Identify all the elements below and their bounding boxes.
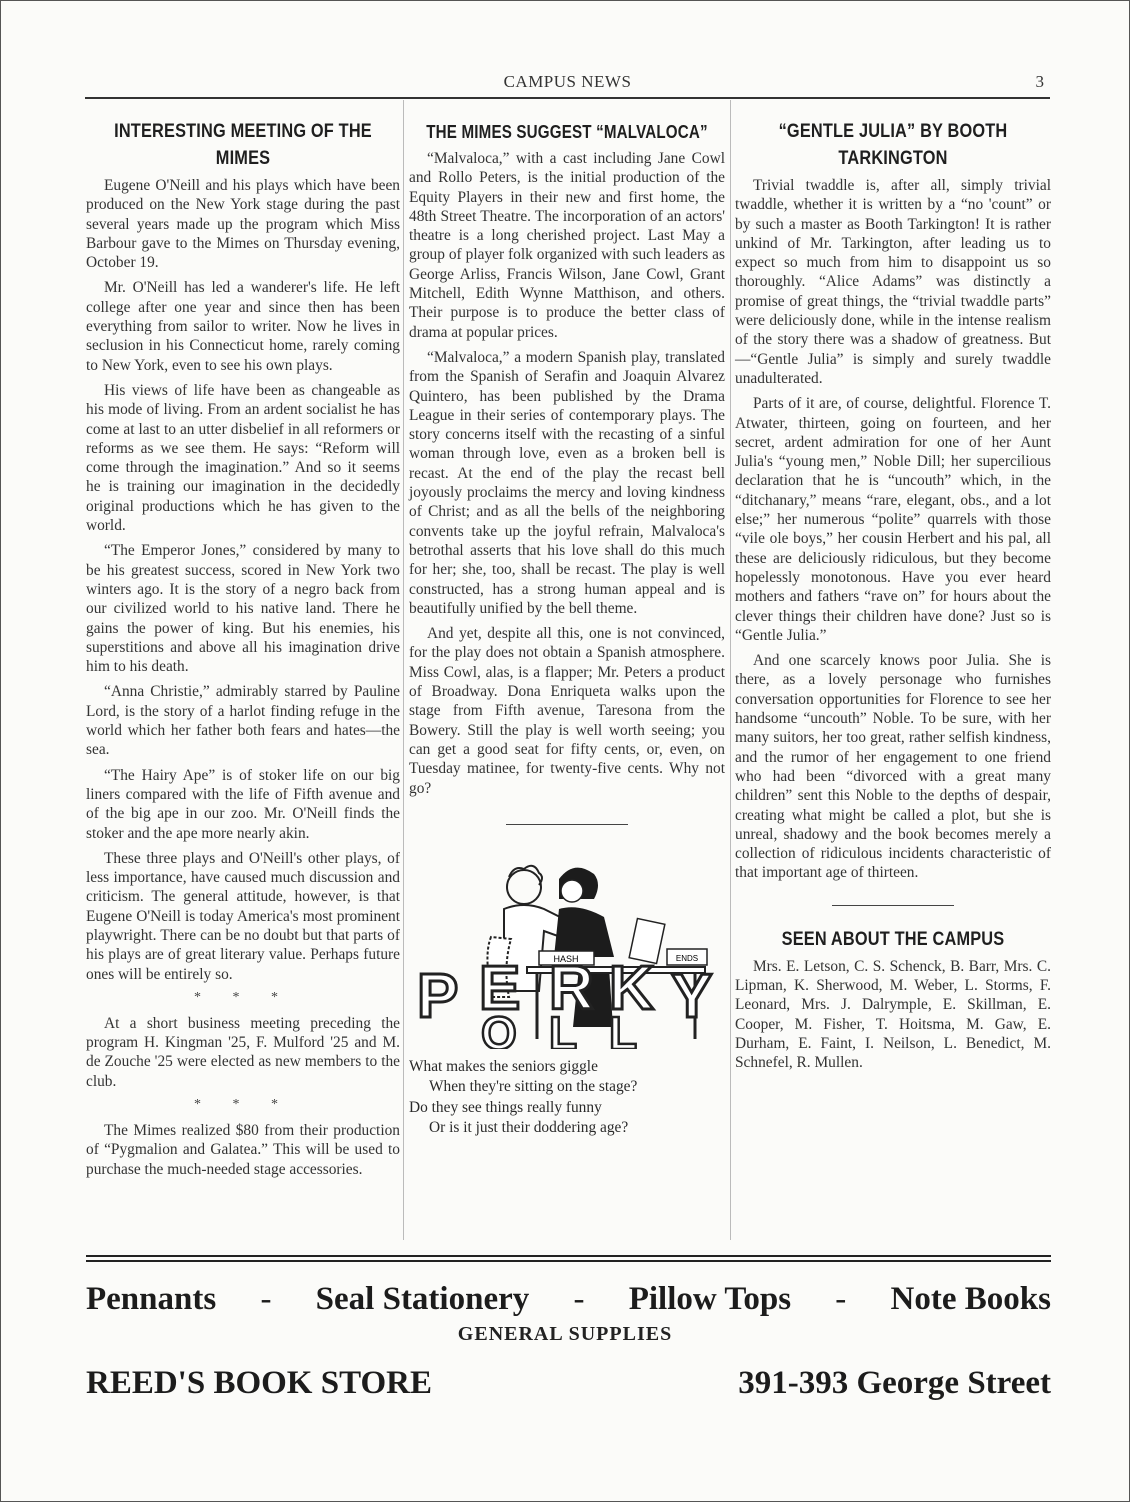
poem-line: Do they see things really funny bbox=[409, 1098, 725, 1119]
ad-item: Note Books bbox=[891, 1281, 1051, 1318]
svg-text:Y: Y bbox=[671, 962, 712, 1031]
ad-subtitle: GENERAL SUPPLIES bbox=[0, 1323, 1130, 1346]
paragraph: “Anna Christie,” admirably starred by Pa… bbox=[86, 682, 400, 759]
headline: INTERESTING MEETING OF THE MIMES bbox=[108, 118, 378, 172]
article-gentle-julia: “GENTLE JULIA” BY BOOTH TARKINGTON Trivi… bbox=[735, 112, 1051, 1078]
footer-rule bbox=[86, 1260, 1051, 1262]
paragraph: “Malvaloca,” with a cast including Jane … bbox=[409, 149, 725, 342]
header-rule bbox=[85, 97, 1050, 99]
store-name: REED'S BOOK STORE bbox=[86, 1365, 432, 1402]
paragraph: And yet, despite all this, one is not co… bbox=[409, 624, 725, 798]
page-number: 3 bbox=[1036, 72, 1045, 92]
funds-note: The Mimes realized $80 from their produc… bbox=[86, 1121, 400, 1179]
running-head: CAMPUS NEWS 3 bbox=[85, 72, 1050, 96]
paragraph: “Malvaloca,” a modern Spanish play, tran… bbox=[409, 348, 725, 618]
paragraph: “The Hairy Ape” is of stoker life on our… bbox=[86, 766, 400, 843]
section-separator: * * * bbox=[86, 990, 400, 1006]
poem-line: When they're sitting on the stage? bbox=[409, 1077, 725, 1098]
column-divider bbox=[403, 100, 404, 1240]
paragraph: Eugene O'Neill and his plays which have … bbox=[86, 176, 400, 272]
paragraph: “The Emperor Jones,” considered by many … bbox=[86, 541, 400, 676]
ad-separator: - bbox=[573, 1281, 584, 1318]
svg-text:L: L bbox=[549, 1007, 577, 1049]
paragraph: His views of life have been as changeabl… bbox=[86, 381, 400, 535]
headline: “GENTLE JULIA” BY BOOTH TARKINGTON bbox=[757, 118, 1029, 172]
perky-polly-illustration: HASH ENDS P E R K Y O L L bbox=[409, 849, 725, 1049]
paragraph: Trivial twaddle is, after all, simply tr… bbox=[735, 176, 1051, 388]
paragraph: Parts of it are, of course, delightful. … bbox=[735, 394, 1051, 645]
ad-separator: - bbox=[260, 1281, 271, 1318]
ad-item: Pennants bbox=[86, 1281, 216, 1318]
paragraph: And one scarcely knows poor Julia. She i… bbox=[735, 651, 1051, 883]
article-mimes-meeting: INTERESTING MEETING OF THE MIMES Eugene … bbox=[86, 112, 400, 1185]
short-rule bbox=[506, 824, 628, 825]
svg-text:O: O bbox=[481, 1007, 517, 1049]
ad-item: Seal Stationery bbox=[316, 1281, 530, 1318]
article-malvaloca: THE MIMES SUGGEST “MALVALOCA” “Malvaloca… bbox=[409, 112, 725, 1139]
svg-text:L: L bbox=[609, 1007, 637, 1049]
running-title: CAMPUS NEWS bbox=[85, 72, 1050, 92]
ad-item: Pillow Tops bbox=[629, 1281, 791, 1318]
headline: THE MIMES SUGGEST “MALVALOCA” bbox=[413, 118, 721, 145]
store-address: 391-393 George Street bbox=[738, 1365, 1051, 1402]
campus-headline: SEEN ABOUT THE CAMPUS bbox=[757, 926, 1029, 953]
section-separator: * * * bbox=[86, 1097, 400, 1113]
ad-store-line: REED'S BOOK STORE 391-393 George Street bbox=[86, 1365, 1051, 1402]
campus-names: Mrs. E. Letson, C. S. Schenck, B. Barr, … bbox=[735, 957, 1051, 1073]
poem-line: What makes the seniors giggle bbox=[409, 1057, 725, 1078]
column-divider bbox=[730, 100, 731, 1240]
poem-line: Or is it just their doddering age? bbox=[409, 1118, 725, 1139]
girls-at-desk-drawing-icon: HASH ENDS P E R K Y O L L bbox=[409, 849, 725, 1049]
poem: What makes the seniors giggle When they'… bbox=[409, 1057, 725, 1139]
short-rule bbox=[832, 905, 954, 906]
ad-products-line: Pennants - Seal Stationery - Pillow Tops… bbox=[86, 1281, 1051, 1329]
paragraph: Mr. O'Neill has led a wanderer's life. H… bbox=[86, 278, 400, 374]
business-note: At a short business meeting preceding th… bbox=[86, 1014, 400, 1091]
footer-rule bbox=[86, 1255, 1051, 1257]
paragraph: These three plays and O'Neill's other pl… bbox=[86, 849, 400, 984]
ad-separator: - bbox=[835, 1281, 846, 1318]
svg-text:P: P bbox=[417, 962, 458, 1031]
